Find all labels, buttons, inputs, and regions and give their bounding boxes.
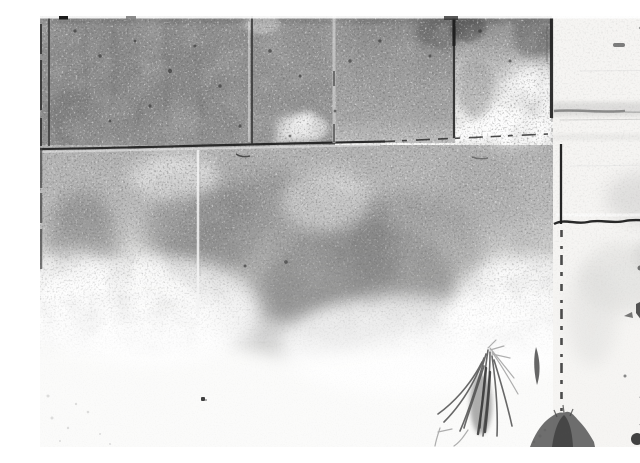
- film-grain: [40, 16, 640, 447]
- photo-canvas: [40, 16, 640, 447]
- stone-wall-photograph: [40, 16, 640, 447]
